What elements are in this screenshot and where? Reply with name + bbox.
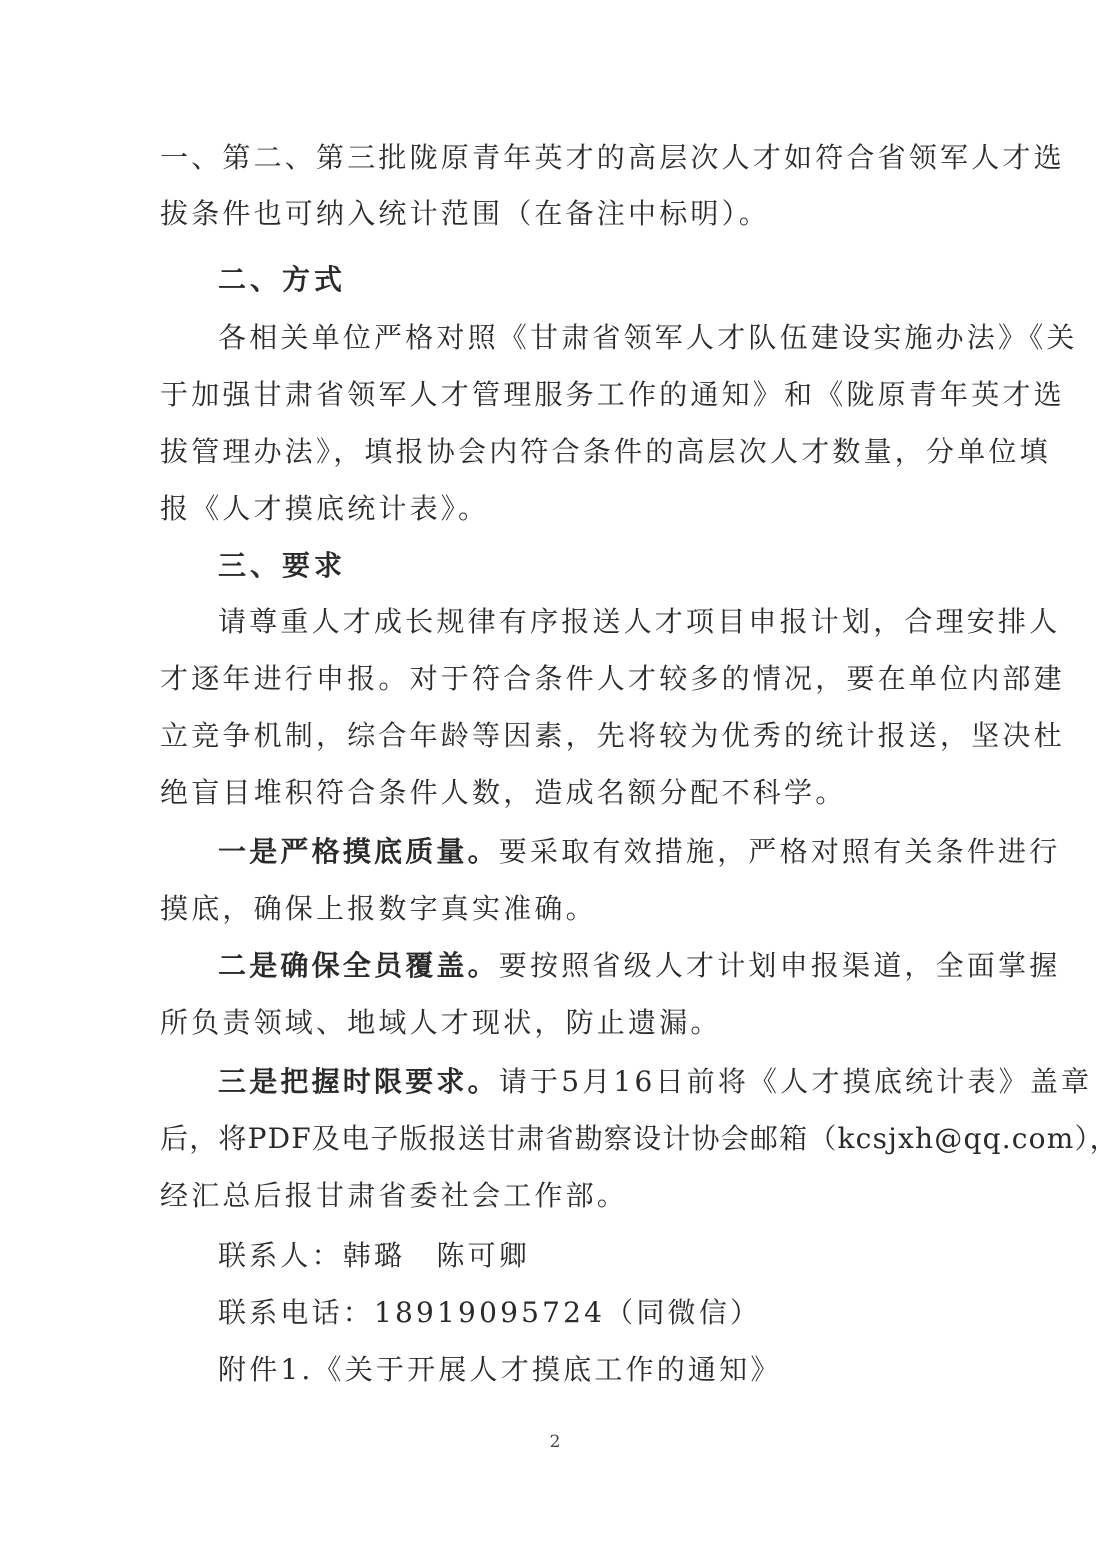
requirement-item-2-text: 要按照省级人才计划申报渠道，全面掌握 — [499, 949, 1061, 982]
paragraph-line: 摸底，确保上报数字真实准确。 — [160, 891, 1020, 927]
requirement-item-2-title: 二是确保全员覆盖。 — [218, 949, 499, 982]
paragraph-line: 报《人才摸底统计表》。 — [160, 491, 1020, 527]
requirement-item-3-text: 请于5月16日前将《人才摸底统计表》盖章 — [499, 1065, 1092, 1098]
paragraph-line: 拔管理办法》，填报协会内符合条件的高层次人才数量，分单位填 — [160, 434, 1020, 470]
paragraph-line: 立竞争机制，综合年龄等因素，先将较为优秀的统计报送，坚决杜 — [160, 718, 1020, 754]
requirement-item-1-title: 一是严格摸底质量。 — [218, 835, 499, 868]
contact-phone: 联系电话：18919095724（同微信） — [218, 1295, 1078, 1331]
paragraph-line-email: 后，将PDF及电子版报送甘肃省勘察设计协会邮箱（kcsjxh@qq.com）， — [160, 1121, 1020, 1157]
paragraph-line: 一、第二、第三批陇原青年英才的高层次人才如符合省领军人才选 — [160, 140, 1020, 176]
paragraph-line: 才逐年进行申报。对于符合条件人才较多的情况，要在单位内部建 — [160, 661, 1020, 697]
paragraph-line: 拔条件也可纳入统计范围（在备注中标明）。 — [160, 196, 1020, 232]
section-heading-method: 二、方式 — [218, 262, 1078, 298]
paragraph-line: 各相关单位严格对照《甘肃省领军人才队伍建设实施办法》《关 — [218, 320, 1078, 356]
requirement-item-1-text: 要采取有效措施，严格对照有关条件进行 — [499, 835, 1061, 868]
paragraph-line: 所负责领域、地域人才现状，防止遗漏。 — [160, 1005, 1020, 1041]
paragraph-line: 请尊重人才成长规律有序报送人才项目申报计划，合理安排人 — [218, 604, 1078, 640]
paragraph-line: 于加强甘肃省领军人才管理服务工作的通知》和《陇原青年英才选 — [160, 377, 1020, 413]
paragraph-line: 绝盲目堆积符合条件人数，造成名额分配不科学。 — [160, 775, 1020, 811]
contact-persons: 联系人：韩璐 陈可卿 — [218, 1238, 1078, 1274]
requirement-item-3: 三是把握时限要求。请于5月16日前将《人才摸底统计表》盖章 — [218, 1064, 1078, 1100]
requirement-item-3-title: 三是把握时限要求。 — [218, 1065, 499, 1098]
requirement-item-2: 二是确保全员覆盖。要按照省级人才计划申报渠道，全面掌握 — [218, 948, 1078, 984]
page-number: 2 — [545, 1432, 565, 1452]
paragraph-line: 经汇总后报甘肃省委社会工作部。 — [160, 1178, 1020, 1214]
requirement-item-1: 一是严格摸底质量。要采取有效措施，严格对照有关条件进行 — [218, 834, 1078, 870]
attachment-line: 附件1.《关于开展人才摸底工作的通知》 — [218, 1352, 1078, 1388]
section-heading-requirements: 三、要求 — [218, 548, 1078, 584]
